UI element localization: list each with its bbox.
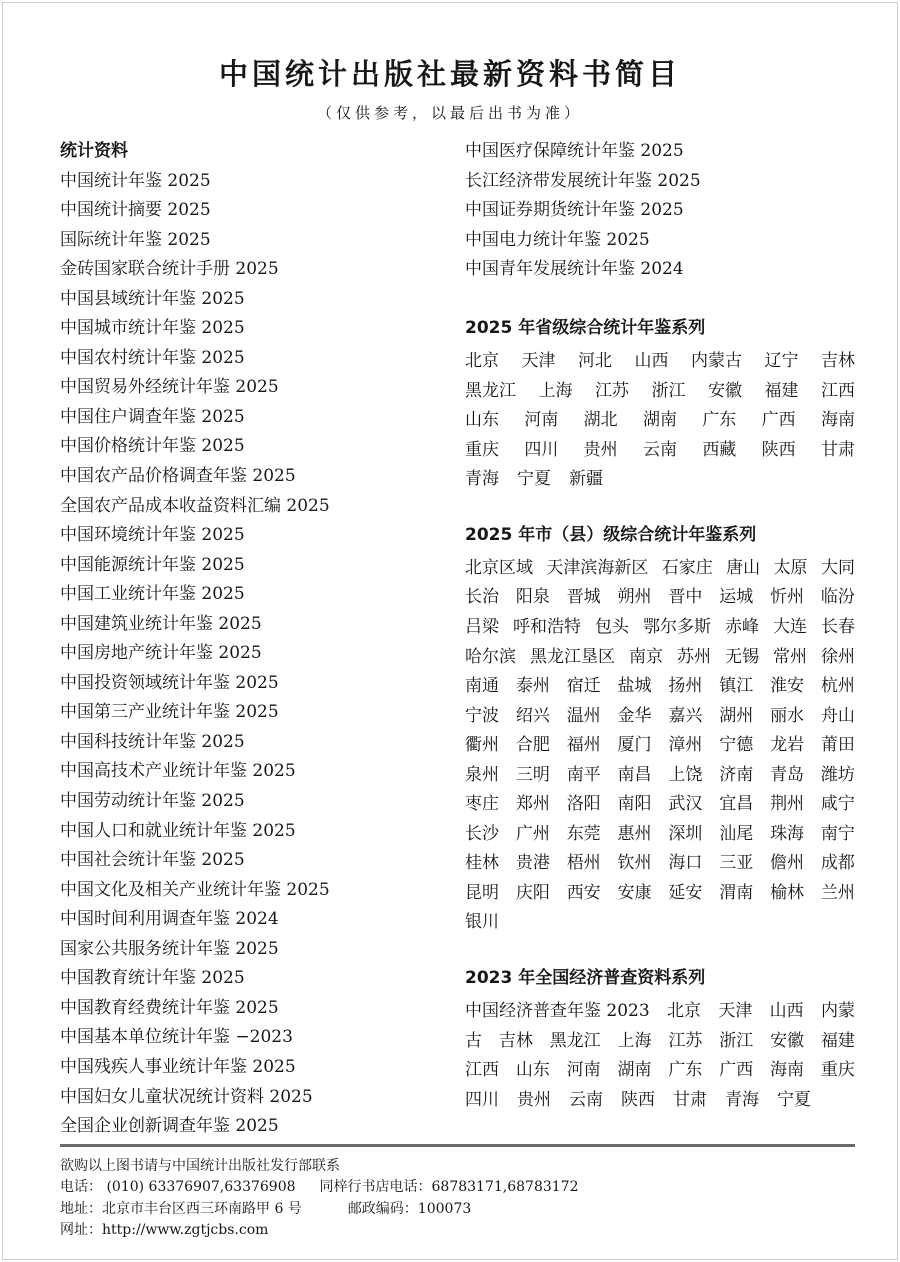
region-name: 贵港 <box>516 848 550 873</box>
region-name: 黑龙江垦区 <box>530 642 615 667</box>
region-name: 海南 <box>821 405 855 430</box>
book-title-item: 中国青年发展统计年鉴 2024 <box>465 255 855 285</box>
region-row: 衢州合肥福州厦门漳州宁德龙岩莆田 <box>465 728 855 758</box>
province-rows: 北京天津河北山西内蒙古辽宁吉林黑龙江上海江苏浙江安徽福建江西山东河南湖北湖南广东… <box>465 344 855 492</box>
region-name: 浙江 <box>719 1026 753 1051</box>
region-name: 长沙 <box>465 819 499 844</box>
region-name: 武汉 <box>668 789 702 814</box>
region-name: 东莞 <box>567 819 601 844</box>
region-name: 湖南 <box>618 1055 652 1080</box>
book-title-item: 中国县域统计年鉴 2025 <box>60 285 465 315</box>
region-name: 太原 <box>774 553 808 578</box>
section-heading-statistical-data: 统计资料 <box>60 137 465 167</box>
region-name: 西安 <box>567 878 601 903</box>
book-list-left: 中国统计年鉴 2025中国统计摘要 2025国际统计年鉴 2025金砖国家联合统… <box>60 167 465 1142</box>
catalog-columns: 统计资料 中国统计年鉴 2025中国统计摘要 2025国际统计年鉴 2025金砖… <box>60 137 855 1142</box>
region-row: 银川 <box>465 905 855 935</box>
book-title-item: 中国环境统计年鉴 2025 <box>60 521 465 551</box>
region-name: 宁德 <box>719 730 753 755</box>
book-title-item: 中国价格统计年鉴 2025 <box>60 432 465 462</box>
region-name: 临汾 <box>821 582 855 607</box>
region-name: 宿迁 <box>567 671 601 696</box>
catalog-page: 中国统计出版社最新资料书简目 （仅供参考，以最后出书为准） 统计资料 中国统计年… <box>0 0 900 1262</box>
region-row: 北京区域天津滨海新区石家庄唐山太原大同 <box>465 551 855 581</box>
region-name: 福建 <box>765 376 799 401</box>
region-name: 海口 <box>668 848 702 873</box>
postal-code: 邮政编码：100073 <box>348 1199 471 1221</box>
region-row: 长治阳泉晋城朔州晋中运城忻州临汾 <box>465 580 855 610</box>
region-name: 江苏 <box>595 376 629 401</box>
region-name: 陕西 <box>762 435 796 460</box>
region-name: 山东 <box>516 1055 550 1080</box>
contact-note-text: 欲购以上图书请与中国统计出版社发行部联系 <box>60 1156 340 1178</box>
book-title-item: 全国企业创新调查年鉴 2025 <box>60 1112 465 1142</box>
region-name: 济南 <box>719 760 753 785</box>
city-rows: 北京区域天津滨海新区石家庄唐山太原大同长治阳泉晋城朔州晋中运城忻州临汾吕梁呼和浩… <box>465 551 855 935</box>
region-name: 汕尾 <box>719 819 753 844</box>
region-name: 内蒙 <box>821 996 855 1021</box>
book-title-item: 中国社会统计年鉴 2025 <box>60 846 465 876</box>
region-name: 桂林 <box>465 848 499 873</box>
region-row: 南通泰州宿迁盐城扬州镇江淮安杭州 <box>465 669 855 699</box>
region-name: 宁夏 <box>517 464 551 489</box>
region-name: 荆州 <box>770 789 804 814</box>
region-name: 宁波 <box>465 701 499 726</box>
region-name: 绍兴 <box>516 701 550 726</box>
section-heading-economic-census: 2023 年全国经济普查资料系列 <box>465 964 855 994</box>
book-list-right: 中国医疗保障统计年鉴 2025长江经济带发展统计年鉴 2025中国证券期货统计年… <box>465 137 855 285</box>
region-name: 嘉兴 <box>668 701 702 726</box>
region-name: 河南 <box>567 1055 601 1080</box>
region-name: 广西 <box>762 405 796 430</box>
region-name: 天津 <box>522 346 556 371</box>
region-name: 湖北 <box>584 405 618 430</box>
publisher-phone: 电话： (010) 63376907,63376908 <box>60 1177 296 1199</box>
region-name: 大连 <box>773 612 807 637</box>
region-name: 哈尔滨 <box>465 642 516 667</box>
region-name: 盐城 <box>618 671 652 696</box>
region-name: 南阳 <box>618 789 652 814</box>
publisher-address: 地址：北京市丰台区西三环南路甲 6 号 <box>60 1199 302 1221</box>
book-title-item: 中国贸易外经统计年鉴 2025 <box>60 373 465 403</box>
region-name: 舟山 <box>821 701 855 726</box>
book-title-item: 中国基本单位统计年鉴 −2023 <box>60 1023 465 1053</box>
region-name: 甘肃 <box>821 435 855 460</box>
region-name: 青海 <box>725 1085 759 1110</box>
book-title-item: 中国住户调查年鉴 2025 <box>60 403 465 433</box>
region-row: 黑龙江上海江苏浙江安徽福建江西 <box>465 373 855 403</box>
footer-website-line: 网址：http://www.zgtjcbs.com <box>60 1220 855 1242</box>
region-name: 南通 <box>465 671 499 696</box>
book-title-item: 中国建筑业统计年鉴 2025 <box>60 610 465 640</box>
region-row: 重庆四川贵州云南西藏陕西甘肃 <box>465 432 855 462</box>
region-name: 漳州 <box>668 730 702 755</box>
region-name: 杭州 <box>821 671 855 696</box>
region-name: 福建 <box>821 1026 855 1051</box>
region-name: 内蒙古 <box>691 346 742 371</box>
region-name: 渭南 <box>719 878 753 903</box>
region-name: 昆明 <box>465 878 499 903</box>
region-row: 桂林贵港梧州钦州海口三亚儋州成都 <box>465 846 855 876</box>
region-name: 宁夏 <box>777 1085 811 1110</box>
region-row: 长沙广州东莞惠州深圳汕尾珠海南宁 <box>465 817 855 847</box>
region-name: 南京 <box>629 642 663 667</box>
book-title-item: 金砖国家联合统计手册 2025 <box>60 255 465 285</box>
section-city-county-yearbooks: 2025 年市（县）级综合统计年鉴系列 北京区域天津滨海新区石家庄唐山太原大同长… <box>465 521 855 935</box>
page-subtitle: （仅供参考，以最后出书为准） <box>0 102 900 124</box>
book-title-item: 中国教育统计年鉴 2025 <box>60 964 465 994</box>
book-title-item: 中国科技统计年鉴 2025 <box>60 728 465 758</box>
region-name: 吉林 <box>821 346 855 371</box>
region-name: 黑龙江 <box>465 376 516 401</box>
book-title-item: 中国证券期货统计年鉴 2025 <box>465 196 855 226</box>
region-name: 泰州 <box>516 671 550 696</box>
region-name: 常州 <box>773 642 807 667</box>
region-row: 古吉林黑龙江上海江苏浙江安徽福建 <box>465 1023 855 1053</box>
region-name: 淮安 <box>770 671 804 696</box>
region-name: 云南 <box>643 435 677 460</box>
region-name: 石家庄 <box>662 553 713 578</box>
section-economic-census: 2023 年全国经济普查资料系列 中国经济普查年鉴 2023北京天津山西内蒙古吉… <box>465 964 855 1112</box>
region-name: 天津滨海新区 <box>546 553 648 578</box>
region-name: 陕西 <box>621 1085 655 1110</box>
region-name: 重庆 <box>821 1055 855 1080</box>
region-name: 温州 <box>567 701 601 726</box>
book-title-item: 中国残疾人事业统计年鉴 2025 <box>60 1053 465 1083</box>
region-name: 南平 <box>567 760 601 785</box>
region-name: 湖南 <box>643 405 677 430</box>
region-name: 南昌 <box>618 760 652 785</box>
region-row: 泉州三明南平南昌上饶济南青岛潍坊 <box>465 757 855 787</box>
book-title-item: 国家公共服务统计年鉴 2025 <box>60 935 465 965</box>
region-name: 忻州 <box>770 582 804 607</box>
region-name: 深圳 <box>668 819 702 844</box>
region-name: 贵州 <box>584 435 618 460</box>
region-name: 江西 <box>821 376 855 401</box>
region-name: 北京 <box>465 346 499 371</box>
region-name: 四川 <box>524 435 558 460</box>
region-name: 山西 <box>770 996 804 1021</box>
region-name: 丽水 <box>770 701 804 726</box>
book-title-item: 中国电力统计年鉴 2025 <box>465 226 855 256</box>
region-name: 重庆 <box>465 435 499 460</box>
region-name: 枣庄 <box>465 789 499 814</box>
region-name: 阳泉 <box>516 582 550 607</box>
book-title-item: 中国城市统计年鉴 2025 <box>60 314 465 344</box>
book-title-item: 中国教育经费统计年鉴 2025 <box>60 994 465 1024</box>
book-title-item: 中国人口和就业统计年鉴 2025 <box>60 817 465 847</box>
region-name: 南宁 <box>821 819 855 844</box>
region-name: 山东 <box>465 405 499 430</box>
region-name: 晋城 <box>567 582 601 607</box>
book-title-item: 中国医疗保障统计年鉴 2025 <box>465 137 855 167</box>
website-url: 网址：http://www.zgtjcbs.com <box>60 1220 268 1242</box>
region-name: 青海 <box>465 464 499 489</box>
book-title-item: 中国妇女儿童状况统计资料 2025 <box>60 1083 465 1113</box>
region-name: 古 <box>465 1026 482 1051</box>
region-name: 朔州 <box>618 582 652 607</box>
region-name: 三明 <box>516 760 550 785</box>
region-name: 北京 <box>667 996 701 1021</box>
region-name: 新疆 <box>569 464 603 489</box>
region-row: 青海宁夏新疆 <box>465 462 855 492</box>
right-column: 中国医疗保障统计年鉴 2025长江经济带发展统计年鉴 2025中国证券期货统计年… <box>465 137 855 1142</box>
footer-address-line: 地址：北京市丰台区西三环南路甲 6 号 邮政编码：100073 <box>60 1199 855 1221</box>
region-name: 广州 <box>516 819 550 844</box>
region-name: 榆林 <box>770 878 804 903</box>
region-name: 黑龙江 <box>550 1026 601 1051</box>
region-row: 昆明庆阳西安安康延安渭南榆林兰州 <box>465 876 855 906</box>
region-row: 枣庄郑州洛阳南阳武汉宜昌荆州咸宁 <box>465 787 855 817</box>
region-name: 徐州 <box>821 642 855 667</box>
region-name: 咸宁 <box>821 789 855 814</box>
region-name: 天津 <box>718 996 752 1021</box>
region-name: 河北 <box>578 346 612 371</box>
region-name: 江西 <box>465 1055 499 1080</box>
region-name: 浙江 <box>652 376 686 401</box>
left-column: 统计资料 中国统计年鉴 2025中国统计摘要 2025国际统计年鉴 2025金砖… <box>60 137 465 1142</box>
footer-contact-note: 欲购以上图书请与中国统计出版社发行部联系 <box>60 1156 855 1178</box>
region-name: 广西 <box>719 1055 753 1080</box>
region-name: 上海 <box>618 1026 652 1051</box>
book-title-item: 中国时间利用调查年鉴 2024 <box>60 905 465 935</box>
book-title-item: 中国投资领域统计年鉴 2025 <box>60 669 465 699</box>
book-title-item: 中国统计年鉴 2025 <box>60 167 465 197</box>
book-title-item: 中国能源统计年鉴 2025 <box>60 551 465 581</box>
region-name: 北京区域 <box>465 553 533 578</box>
book-title-item: 长江经济带发展统计年鉴 2025 <box>465 167 855 197</box>
book-title-item: 中国农村统计年鉴 2025 <box>60 344 465 374</box>
region-row: 江西山东河南湖南广东广西海南重庆 <box>465 1053 855 1083</box>
book-title-item: 中国文化及相关产业统计年鉴 2025 <box>60 876 465 906</box>
book-title-item: 中国高技术产业统计年鉴 2025 <box>60 757 465 787</box>
region-name: 运城 <box>719 582 753 607</box>
book-title-item: 中国统计摘要 2025 <box>60 196 465 226</box>
section-provincial-yearbooks: 2025 年省级综合统计年鉴系列 北京天津河北山西内蒙古辽宁吉林黑龙江上海江苏浙… <box>465 314 855 491</box>
region-name: 银川 <box>465 907 499 932</box>
region-name: 惠州 <box>618 819 652 844</box>
region-name: 辽宁 <box>765 346 799 371</box>
region-name: 兰州 <box>821 878 855 903</box>
region-name: 湖州 <box>719 701 753 726</box>
book-title-item: 中国劳动统计年鉴 2025 <box>60 787 465 817</box>
region-name: 宜昌 <box>719 789 753 814</box>
census-rows: 中国经济普查年鉴 2023北京天津山西内蒙古吉林黑龙江上海江苏浙江安徽福建江西山… <box>465 994 855 1112</box>
region-name: 成都 <box>821 848 855 873</box>
region-name: 贵州 <box>517 1085 551 1110</box>
region-name: 三亚 <box>719 848 753 873</box>
region-name: 大同 <box>821 553 855 578</box>
region-row: 吕梁呼和浩特包头鄂尔多斯赤峰大连长春 <box>465 610 855 640</box>
region-name: 上海 <box>539 376 573 401</box>
region-name: 福州 <box>567 730 601 755</box>
region-name: 安徽 <box>770 1026 804 1051</box>
region-name: 潍坊 <box>821 760 855 785</box>
region-name: 长治 <box>465 582 499 607</box>
book-title-item: 中国工业统计年鉴 2025 <box>60 580 465 610</box>
region-name: 中国经济普查年鉴 2023 <box>465 996 650 1021</box>
region-name: 山西 <box>635 346 669 371</box>
region-name: 鄂尔多斯 <box>643 612 711 637</box>
region-name: 吉林 <box>499 1026 533 1051</box>
region-name: 龙岩 <box>770 730 804 755</box>
region-name: 庆阳 <box>516 878 550 903</box>
region-name: 西藏 <box>702 435 736 460</box>
region-name: 金华 <box>618 701 652 726</box>
region-name: 吕梁 <box>465 612 499 637</box>
book-title-item: 中国房地产统计年鉴 2025 <box>60 639 465 669</box>
region-name: 赤峰 <box>725 612 759 637</box>
region-name: 包头 <box>595 612 629 637</box>
region-name: 衢州 <box>465 730 499 755</box>
book-title-item: 中国农产品价格调查年鉴 2025 <box>60 462 465 492</box>
footer-divider-rule <box>60 1144 855 1147</box>
region-name: 镇江 <box>719 671 753 696</box>
book-title-item: 中国第三产业统计年鉴 2025 <box>60 698 465 728</box>
region-name: 钦州 <box>618 848 652 873</box>
region-name: 河南 <box>524 405 558 430</box>
region-name: 儋州 <box>770 848 804 873</box>
region-name: 广东 <box>668 1055 702 1080</box>
region-name: 安康 <box>618 878 652 903</box>
region-name: 合肥 <box>516 730 550 755</box>
region-name: 甘肃 <box>673 1085 707 1110</box>
footer-phone-line: 电话： (010) 63376907,63376908 同梓行书店电话：6878… <box>60 1177 855 1199</box>
region-name: 呼和浩特 <box>513 612 581 637</box>
footer: 欲购以上图书请与中国统计出版社发行部联系 电话： (010) 63376907,… <box>60 1144 855 1242</box>
region-name: 无锡 <box>725 642 759 667</box>
region-name: 延安 <box>668 878 702 903</box>
region-name: 泉州 <box>465 760 499 785</box>
region-name: 珠海 <box>770 819 804 844</box>
region-name: 广东 <box>702 405 736 430</box>
region-name: 郑州 <box>516 789 550 814</box>
region-name: 苏州 <box>677 642 711 667</box>
region-name: 梧州 <box>567 848 601 873</box>
book-title-item: 全国农产品成本收益资料汇编 2025 <box>60 492 465 522</box>
region-name: 长春 <box>821 612 855 637</box>
region-name: 洛阳 <box>567 789 601 814</box>
region-row: 四川贵州云南陕西甘肃青海宁夏 <box>465 1083 855 1113</box>
region-name: 青岛 <box>770 760 804 785</box>
section-heading-provincial: 2025 年省级综合统计年鉴系列 <box>465 314 855 344</box>
region-name: 云南 <box>569 1085 603 1110</box>
region-row: 宁波绍兴温州金华嘉兴湖州丽水舟山 <box>465 698 855 728</box>
region-name: 安徽 <box>708 376 742 401</box>
region-name: 唐山 <box>726 553 760 578</box>
region-name: 厦门 <box>618 730 652 755</box>
region-row: 哈尔滨黑龙江垦区南京苏州无锡常州徐州 <box>465 639 855 669</box>
region-name: 晋中 <box>668 582 702 607</box>
page-title: 中国统计出版社最新资料书简目 <box>0 0 900 92</box>
region-name: 莆田 <box>821 730 855 755</box>
region-row: 北京天津河北山西内蒙古辽宁吉林 <box>465 344 855 374</box>
region-name: 海南 <box>770 1055 804 1080</box>
section-heading-city-county: 2025 年市（县）级综合统计年鉴系列 <box>465 521 855 551</box>
region-row: 山东河南湖北湖南广东广西海南 <box>465 403 855 433</box>
bookstore-phone: 同梓行书店电话：68783171,68783172 <box>320 1177 579 1199</box>
region-name: 四川 <box>465 1085 499 1110</box>
region-name: 江苏 <box>668 1026 702 1051</box>
book-title-item: 国际统计年鉴 2025 <box>60 226 465 256</box>
region-name: 扬州 <box>668 671 702 696</box>
region-name: 上饶 <box>668 760 702 785</box>
region-row: 中国经济普查年鉴 2023北京天津山西内蒙 <box>465 994 855 1024</box>
